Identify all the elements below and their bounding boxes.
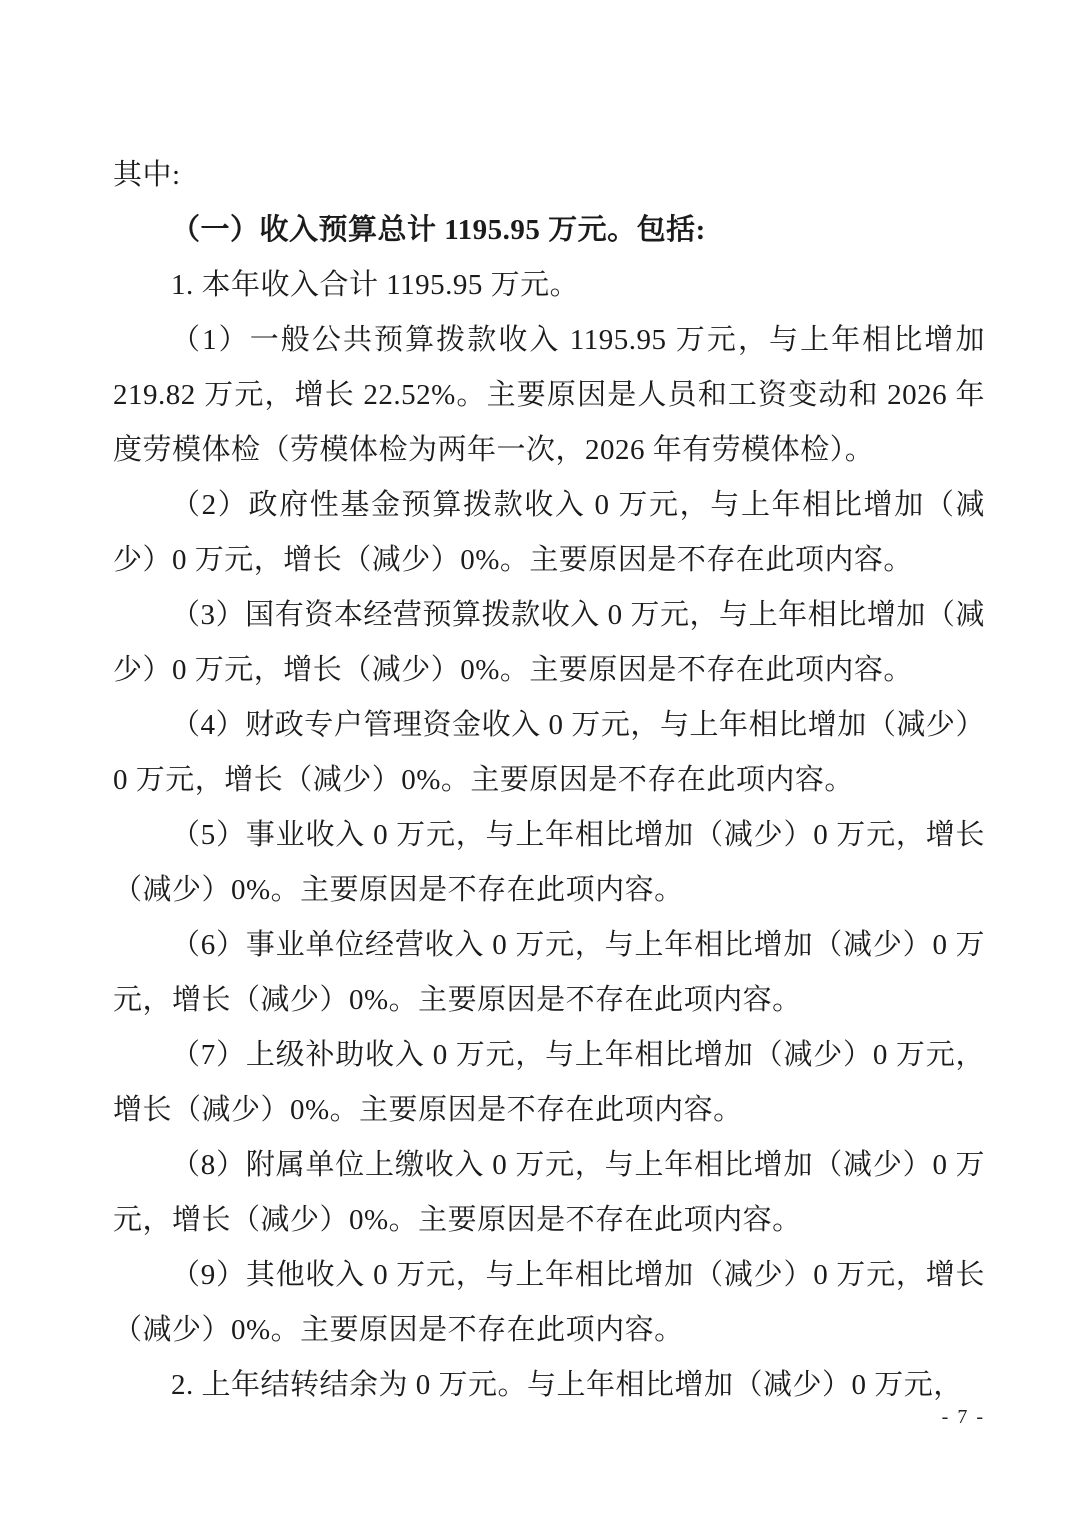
paragraph: （3）国有资本经营预算拨款收入 0 万元，与上年相比增加（减少）0 万元，增长（…	[113, 588, 985, 698]
paragraph: 其中:	[113, 148, 985, 203]
page-number: - 7 -	[942, 1404, 985, 1430]
paragraph: （2）政府性基金预算拨款收入 0 万元，与上年相比增加（减少）0 万元，增长（减…	[113, 478, 985, 588]
paragraph: 2. 上年结转结余为 0 万元。与上年相比增加（减少）0 万元，	[113, 1358, 985, 1413]
paragraph: （1）一般公共预算拨款收入 1195.95 万元，与上年相比增加 219.82 …	[113, 313, 985, 478]
paragraph: （9）其他收入 0 万元，与上年相比增加（减少）0 万元，增长（减少）0%。主要…	[113, 1248, 985, 1358]
paragraph: （5）事业收入 0 万元，与上年相比增加（减少）0 万元，增长（减少）0%。主要…	[113, 808, 985, 918]
document-body: 其中:（一）收入预算总计 1195.95 万元。包括:1. 本年收入合计 119…	[113, 148, 985, 1413]
paragraph: （一）收入预算总计 1195.95 万元。包括:	[113, 203, 985, 258]
paragraph: （7）上级补助收入 0 万元，与上年相比增加（减少）0 万元，增长（减少）0%。…	[113, 1028, 985, 1138]
paragraph: （8）附属单位上缴收入 0 万元，与上年相比增加（减少）0 万元，增长（减少）0…	[113, 1138, 985, 1248]
document-page: 其中:（一）收入预算总计 1195.95 万元。包括:1. 本年收入合计 119…	[0, 0, 1075, 1520]
paragraph: 1. 本年收入合计 1195.95 万元。	[113, 258, 985, 313]
paragraph: （6）事业单位经营收入 0 万元，与上年相比增加（减少）0 万元，增长（减少）0…	[113, 918, 985, 1028]
paragraph: （4）财政专户管理资金收入 0 万元，与上年相比增加（减少）0 万元，增长（减少…	[113, 698, 985, 808]
